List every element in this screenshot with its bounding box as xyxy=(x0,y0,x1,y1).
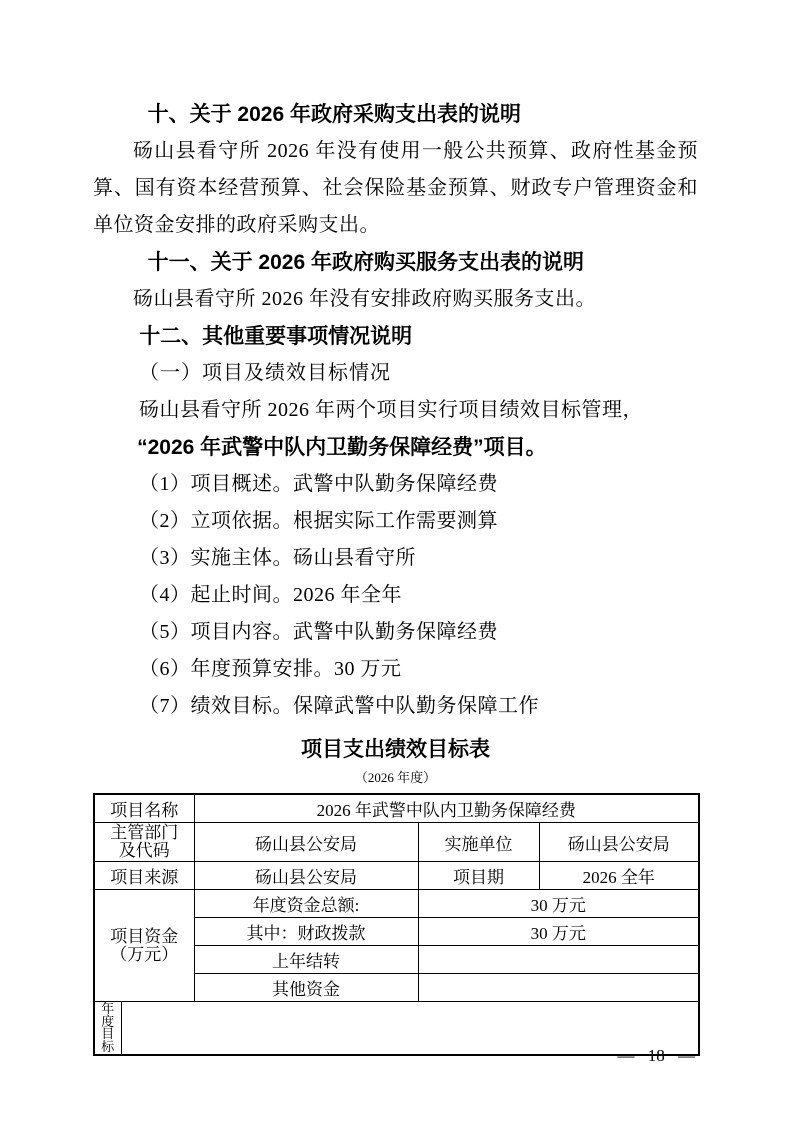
annual-goal-value-cell xyxy=(121,1002,699,1056)
dept-label-line1: 主管部门 xyxy=(99,824,190,842)
funds-fiscal-label-cell: 其中：财政拨款 xyxy=(194,918,418,946)
project-name-value-cell: 2026 年武警中队内卫勤务保障经费 xyxy=(194,794,699,823)
table-row: 主管部门 及代码 砀山县公安局 实施单位 砀山县公安局 xyxy=(94,823,699,862)
dept-value-cell: 砀山县公安局 xyxy=(194,823,418,862)
table-subtitle: （2026 年度） xyxy=(93,765,698,791)
section11-paragraph: 砀山县看守所 2026 年没有安排政府购买服务支出。 xyxy=(93,281,698,318)
funds-total-value-cell: 30 万元 xyxy=(418,890,699,918)
funds-fiscal-value-cell: 30 万元 xyxy=(418,918,699,946)
project-item-5: （5）项目内容。武警中队勤务保障经费 xyxy=(93,614,698,651)
section12-heading: 十二、其他重要事项情况说明 xyxy=(93,318,698,355)
dept-label-line2: 及代码 xyxy=(99,842,190,860)
project-item-1: （1）项目概述。武警中队勤务保障经费 xyxy=(93,466,698,503)
section10-heading: 十、关于 2026 年政府采购支出表的说明 xyxy=(93,96,698,133)
impl-unit-label-cell: 实施单位 xyxy=(418,823,539,862)
project-item-3: （3）实施主体。砀山县看守所 xyxy=(93,540,698,577)
funds-label-line2: （万元） xyxy=(99,946,190,964)
section12-intro: 砀山县看守所 2026 年两个项目实行项目绩效目标管理， xyxy=(93,392,698,429)
funds-carryover-value-cell xyxy=(418,946,699,974)
source-value-cell: 砀山县公安局 xyxy=(194,862,418,890)
table-row: 年度目标 xyxy=(94,1002,699,1056)
funds-carryover-label-cell: 上年结转 xyxy=(194,946,418,974)
project-item-6: （6）年度预算安排。30 万元 xyxy=(93,651,698,688)
performance-goal-table: 项目名称 2026 年武警中队内卫勤务保障经费 主管部门 及代码 砀山县公安局 … xyxy=(93,793,700,1056)
section10-paragraph: 砀山县看守所 2026 年没有使用一般公共预算、政府性基金预算、国有资本经营预算… xyxy=(93,133,698,244)
dept-label-cell: 主管部门 及代码 xyxy=(94,823,194,862)
page-number: — 18 — xyxy=(618,1046,696,1066)
table-row: 项目资金 （万元） 年度资金总额: 30 万元 xyxy=(94,890,699,918)
funds-other-value-cell xyxy=(418,974,699,1002)
impl-unit-value-cell: 砀山县公安局 xyxy=(539,823,699,862)
funds-total-label-cell: 年度资金总额: xyxy=(194,890,418,918)
project-item-4: （4）起止时间。2026 年全年 xyxy=(93,577,698,614)
project-name-label-cell: 项目名称 xyxy=(94,794,194,823)
source-label-cell: 项目来源 xyxy=(94,862,194,890)
section12-subheading: （一）项目及绩效目标情况 xyxy=(93,355,698,392)
funds-other-label-cell: 其他资金 xyxy=(194,974,418,1002)
funds-label-line1: 项目资金 xyxy=(99,928,190,946)
table-row: 项目来源 砀山县公安局 项目期 2026 全年 xyxy=(94,862,699,890)
project-item-7: （7）绩效目标。保障武警中队勤务保障工作 xyxy=(93,688,698,725)
table-row: 项目名称 2026 年武警中队内卫勤务保障经费 xyxy=(94,794,699,823)
section11-heading: 十一、关于 2026 年政府购买服务支出表的说明 xyxy=(93,244,698,281)
period-value-cell: 2026 全年 xyxy=(539,862,699,890)
document-page: { "document": { "section10": { "heading"… xyxy=(0,0,793,1122)
period-label-cell: 项目期 xyxy=(418,862,539,890)
table-title: 项目支出绩效目标表 xyxy=(93,735,698,765)
annual-goal-label-cell: 年度目标 xyxy=(94,1002,121,1056)
page-content: 十、关于 2026 年政府采购支出表的说明 砀山县看守所 2026 年没有使用一… xyxy=(93,96,698,1056)
project-title-line: “2026 年武警中队内卫勤务保障经费”项目。 xyxy=(93,429,698,466)
funds-label-cell: 项目资金 （万元） xyxy=(94,890,194,1002)
project-item-2: （2）立项依据。根据实际工作需要测算 xyxy=(93,503,698,540)
